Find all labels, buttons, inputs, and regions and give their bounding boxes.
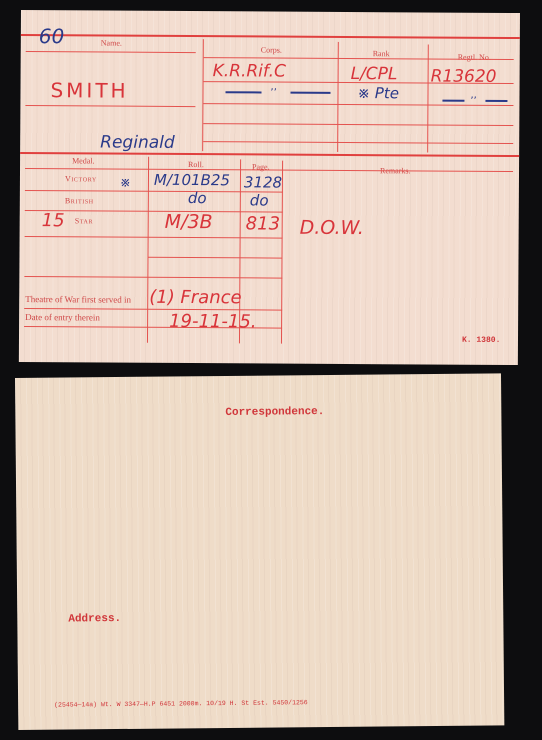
medal-british-roll: do xyxy=(188,189,207,207)
rule xyxy=(26,51,196,53)
medal-star-roll: M/3B xyxy=(165,211,213,233)
forename: Reginald xyxy=(100,132,175,152)
ditto-mark: ,, xyxy=(271,82,277,93)
medal-star-label: Star xyxy=(75,216,93,225)
theatre-label: Theatre of War first served in xyxy=(25,294,131,305)
rule xyxy=(24,276,282,279)
medal-header: Medal. xyxy=(72,156,94,165)
ditto-dash xyxy=(485,100,507,102)
rule xyxy=(203,103,513,106)
top-rule xyxy=(21,34,520,39)
section-rule xyxy=(20,152,519,157)
medal-victory-roll: M/101B25 xyxy=(154,171,230,189)
correspondence-title: Correspondence. xyxy=(225,406,324,419)
medal-british-label: British xyxy=(65,196,94,205)
rule xyxy=(25,236,283,239)
date-entry-value: 19-11-15. xyxy=(169,311,257,333)
corps-header: Corps. xyxy=(261,45,282,54)
corps-value: K.R.Rif.C xyxy=(213,61,286,81)
medal-british-page: do xyxy=(250,191,269,209)
medal-star-prefix: 15 xyxy=(42,210,65,231)
medal-card-front: 60 Name. Corps. Rank Regtl. No. SMITH Re… xyxy=(19,10,520,365)
ditto-mark: ,, xyxy=(470,90,476,101)
remarks-value: D.O.W. xyxy=(300,217,364,239)
address-label: Address. xyxy=(68,613,121,626)
roll-header: Roll. xyxy=(188,160,204,169)
medal-victory-label: Victory xyxy=(65,174,97,183)
rule xyxy=(25,190,283,193)
regt-no-header: Regtl. No. xyxy=(458,53,491,62)
rank-second-value: ※ Pte xyxy=(357,84,399,102)
ditto-dash xyxy=(442,100,464,102)
medal-victory-mark: ※ xyxy=(120,176,131,191)
divider xyxy=(337,42,339,152)
corner-number: 60 xyxy=(39,24,65,48)
name-header: Name. xyxy=(101,38,122,47)
rule xyxy=(24,308,282,311)
ditto-dash xyxy=(225,91,261,93)
date-entry-label: Date of entry therein xyxy=(25,312,100,322)
surname: SMITH xyxy=(50,78,128,102)
form-code: K. 1380. xyxy=(462,336,500,345)
rule xyxy=(203,123,513,126)
medal-star-page: 813 xyxy=(246,213,280,234)
divider xyxy=(427,44,429,152)
rule xyxy=(25,105,195,107)
rule xyxy=(203,141,513,144)
medal-card-back: Correspondence. Address. (25454—14a) Wt.… xyxy=(15,373,504,730)
medal-victory-page: 3128 xyxy=(244,173,282,191)
ditto-dash xyxy=(290,92,330,94)
theatre-value: (1) France xyxy=(149,287,242,309)
printer-imprint: (25454—14a) Wt. W 3347—H.P 6451 2000m. 1… xyxy=(54,699,308,708)
rank-header: Rank xyxy=(373,49,390,58)
rule xyxy=(147,257,282,259)
divider xyxy=(147,157,149,343)
divider xyxy=(202,39,204,151)
